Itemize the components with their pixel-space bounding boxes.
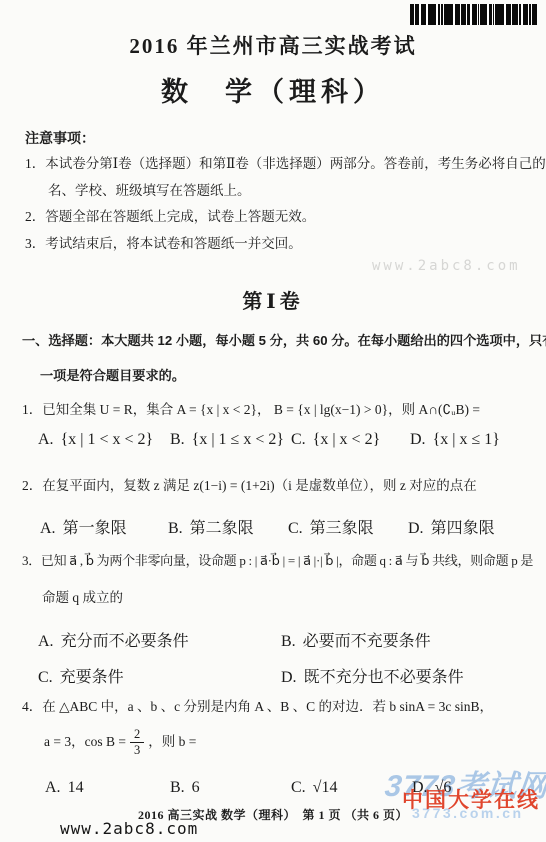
- notice-item-1-line-1: 1．本试卷分第Ⅰ卷（选择题）和第Ⅱ卷（非选择题）两部分。答卷前，考生务必将自己的…: [25, 156, 546, 173]
- watermark-bottom-left: www.2abc8.com: [60, 819, 198, 839]
- notice-heading: 注意事项：: [25, 130, 95, 148]
- notice-item-3: 3．考试结束后，将本试卷和答题纸一并交回。: [25, 236, 302, 253]
- question-3-stem-line-2: 命题 q 成立的: [42, 590, 123, 607]
- question-4-option-b: B.6: [170, 779, 200, 797]
- question-3-stem-line-1: 3．已知 a⃗ , b⃗ 为两个非零向量，设命题 p : | a⃗·b⃗ | =…: [22, 553, 533, 569]
- question-2-option-d: D.第四象限: [408, 515, 495, 538]
- question-1-options: A.{x | 1 < x < 2} B.{x | 1 ≤ x < 2} C.{x…: [0, 431, 546, 449]
- watermark-site-caption: 中国大学在线: [402, 788, 540, 814]
- question-4-stem-line-2: a = 3，cos B = 2 3 ，则 b =: [44, 728, 196, 757]
- barcode: [410, 4, 537, 25]
- question-4-option-a: A.14: [45, 779, 84, 797]
- exam-title: 2016 年兰州市高三实战考试: [0, 33, 546, 59]
- notice-item-2: 2．答题全部在答题纸上完成，试卷上答题无效。: [25, 209, 315, 226]
- question-3-option-b: B.必要而不充要条件: [281, 628, 431, 651]
- section-heading: 第Ⅰ卷: [0, 290, 546, 315]
- question-1-option-a: A.{x | 1 < x < 2}: [38, 431, 153, 449]
- exam-paper-page: www.2abc8.com 3773考试网 2016 年兰州市高三实战考试 数 …: [0, 0, 546, 842]
- question-3-option-a: A.充分而不必要条件: [38, 628, 189, 651]
- question-2-stem: 2．在复平面内，复数 z 满足 z(1−i) = (1+2i)（i 是虚数单位）…: [22, 478, 477, 495]
- section-instruction-line-2: 一项是符合题目要求的。: [40, 368, 185, 385]
- notice-item-1-line-2: 名、学校、班级填写在答题纸上。: [48, 183, 251, 200]
- question-3-options-row-1: A.充分而不必要条件 B.必要而不充要条件: [0, 628, 546, 646]
- question-3-option-c: C.充要条件: [38, 664, 124, 687]
- fraction-two-thirds: 2 3: [130, 728, 144, 757]
- exam-subtitle: 数 学（理科）: [0, 76, 546, 110]
- watermark-top: www.2abc8.com: [372, 258, 521, 276]
- question-1-stem: 1．已知全集 U = R，集合 A = {x | x < 2}， B = {x …: [22, 402, 480, 419]
- question-4-option-c: C.√14: [291, 779, 337, 797]
- question-4-stem-line-1: 4．在 △ABC 中，a 、b 、c 分别是内角 A 、B 、C 的对边．若 b…: [22, 699, 493, 716]
- question-2-options: A.第一象限 B.第二象限 C.第三象限 D.第四象限: [0, 515, 546, 533]
- section-instruction-line-1: 一、选择题：本大题共 12 小题，每小题 5 分，共 60 分。在每小题给出的四…: [22, 333, 546, 350]
- question-2-option-b: B.第二象限: [168, 515, 254, 538]
- question-1-option-d: D.{x | x ≤ 1}: [410, 431, 500, 449]
- question-2-option-c: C.第三象限: [288, 515, 374, 538]
- question-1-option-c: C.{x | x < 2}: [291, 431, 380, 449]
- question-2-option-a: A.第一象限: [40, 515, 127, 538]
- question-4-stem-post: ，则 b =: [148, 734, 196, 751]
- question-3-option-d: D.既不充分也不必要条件: [281, 664, 464, 687]
- question-3-options-row-2: C.充要条件 D.既不充分也不必要条件: [0, 664, 546, 682]
- question-4-stem-pre: a = 3，cos B =: [44, 734, 126, 751]
- question-1-option-b: B.{x | 1 ≤ x < 2}: [170, 431, 284, 449]
